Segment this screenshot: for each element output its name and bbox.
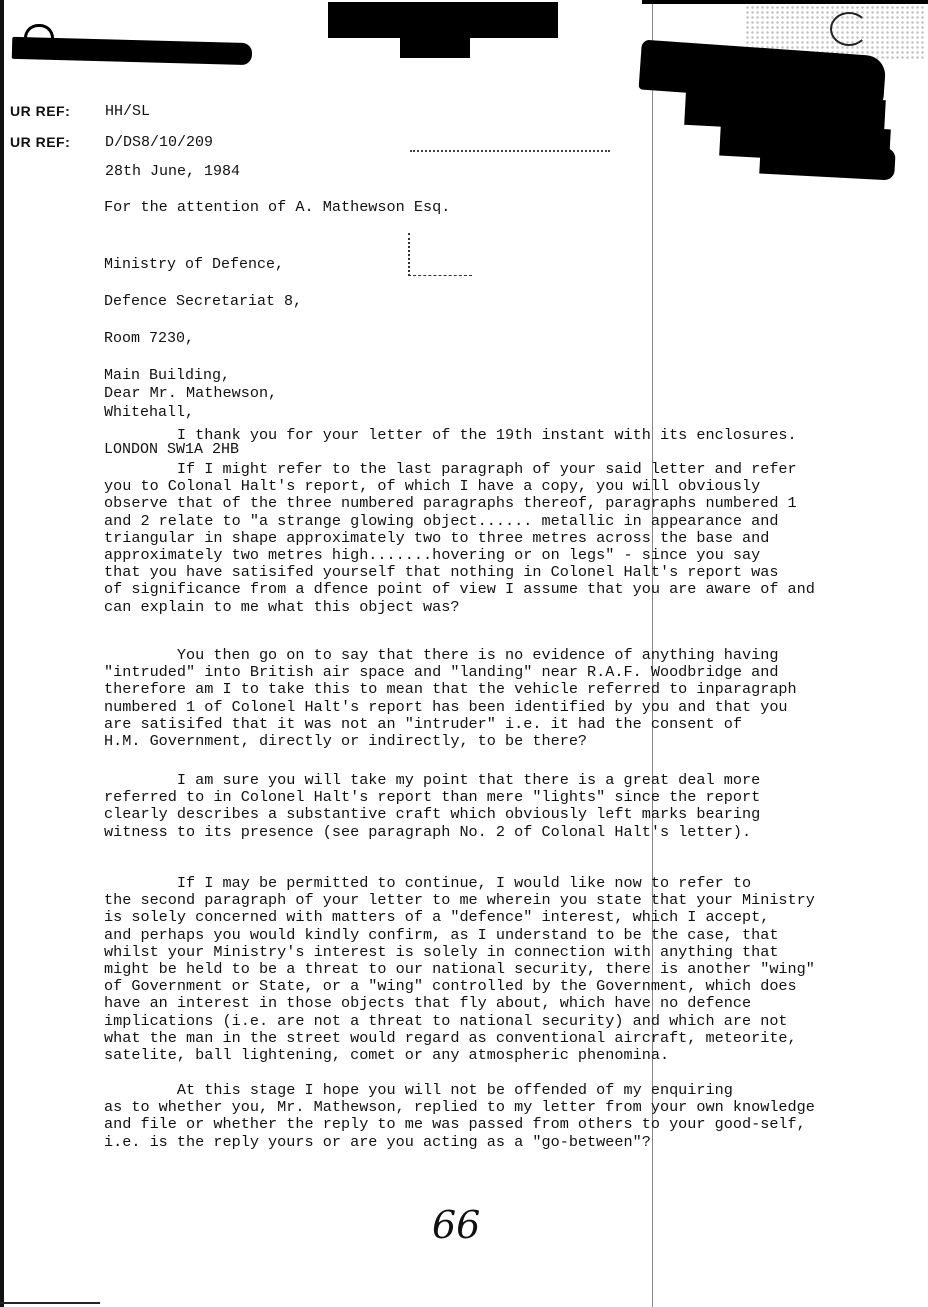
paragraph-5-line: and perhaps you would kindly confirm, as…	[104, 928, 778, 943]
our-ref-label: UR REF:	[10, 103, 70, 119]
scan-edge	[0, 0, 4, 1307]
paragraph-6-line: as to whether you, Mr. Mathewson, replie…	[104, 1100, 815, 1115]
paragraph-5-line: of Government or State, or a "wing" cont…	[104, 979, 797, 994]
paragraph-5-line: whilst your Ministry's interest is solel…	[104, 945, 778, 960]
our-ref-value: HH/SL	[105, 103, 150, 120]
paragraph-4-line: clearly describes a substantive craft wh…	[104, 807, 760, 822]
paragraph-4-line: referred to in Colonel Halt's report tha…	[104, 790, 760, 805]
redaction-bar	[400, 30, 470, 58]
paragraph-5-line: satelite, ball lightening, comet or any …	[104, 1048, 669, 1063]
paragraph-2-line: can explain to me what this object was?	[104, 600, 459, 615]
paragraph-3-line: numbered 1 of Colonel Halt's report has …	[104, 700, 788, 715]
paragraph-5-line: implications (i.e. are not a threat to n…	[104, 1014, 788, 1029]
paragraph-2-line: approximately two metres high.......hove…	[104, 548, 760, 563]
dotted-line	[410, 150, 610, 152]
paragraph-5-line: have an interest in those objects that f…	[104, 996, 751, 1011]
scanned-letter-page: UR REF: HH/SL UR REF: D/DS8/10/209 28th …	[0, 0, 928, 1307]
salutation: Dear Mr. Mathewson,	[104, 386, 277, 401]
paragraph-3-line: therefore am I to take this to mean that…	[104, 682, 797, 697]
letter-date: 28th June, 1984	[105, 163, 240, 180]
paragraph-2-line: triangular in shape approximately two to…	[104, 531, 769, 546]
paragraph-4-line: I am sure you will take my point that th…	[104, 773, 760, 788]
redaction-bar	[12, 37, 252, 65]
dotted-box	[408, 233, 472, 276]
paragraph-2-line: you to Colonal Halt's report, of which I…	[104, 479, 760, 494]
paragraph-6-line: i.e. is the reply yours or are you actin…	[104, 1135, 651, 1150]
stamp-mark	[830, 12, 868, 46]
paragraph-6-line: At this stage I hope you will not be off…	[104, 1083, 733, 1098]
paragraph-3-line: H.M. Government, directly or indirectly,…	[104, 734, 587, 749]
handwritten-folio-number: 66	[432, 1203, 480, 1247]
paragraph-5-line: might be held to be a threat to our nati…	[104, 962, 815, 977]
paragraph-3-line: "intruded" into British air space and "l…	[104, 665, 778, 680]
paragraph-2-line: of significance from a dfence point of v…	[104, 582, 815, 597]
address-line: Ministry of Defence,	[104, 256, 302, 275]
paragraph-5-line: is solely concerned with matters of a "d…	[104, 910, 769, 925]
paragraph-6-line: and file or whether the reply to me was …	[104, 1117, 806, 1132]
paragraph-3-line: are satisifed that it was not an "intrud…	[104, 717, 742, 732]
address-line: Room 7230,	[104, 330, 302, 349]
redaction-block	[759, 141, 895, 180]
address-line: Main Building,	[104, 367, 302, 386]
paragraph-2-line: that you have satisifed yourself that no…	[104, 565, 778, 580]
scan-edge-bottom	[0, 1302, 100, 1304]
paragraph-2-line: observe that of the three numbered parag…	[104, 496, 797, 511]
attention-line: For the attention of A. Mathewson Esq.	[104, 200, 450, 215]
address-line: Defence Secretariat 8,	[104, 293, 302, 312]
paragraph-1-line: I thank you for your letter of the 19th …	[104, 428, 797, 443]
paragraph-5-line: the second paragraph of your letter to m…	[104, 893, 815, 908]
paragraph-5-line: what the man in the street would regard …	[104, 1031, 797, 1046]
paragraph-2-line: If I might refer to the last paragraph o…	[104, 462, 797, 477]
paragraph-3-line: You then go on to say that there is no e…	[104, 648, 778, 663]
address-line: Whitehall,	[104, 404, 302, 423]
paragraph-5-line: If I may be permitted to continue, I wou…	[104, 876, 751, 891]
your-ref-label: UR REF:	[10, 134, 70, 150]
paragraph-4-line: witness to its presence (see paragraph N…	[104, 825, 751, 840]
your-ref-value: D/DS8/10/209	[105, 134, 213, 151]
paragraph-2-line: and 2 relate to "a strange glowing objec…	[104, 514, 778, 529]
